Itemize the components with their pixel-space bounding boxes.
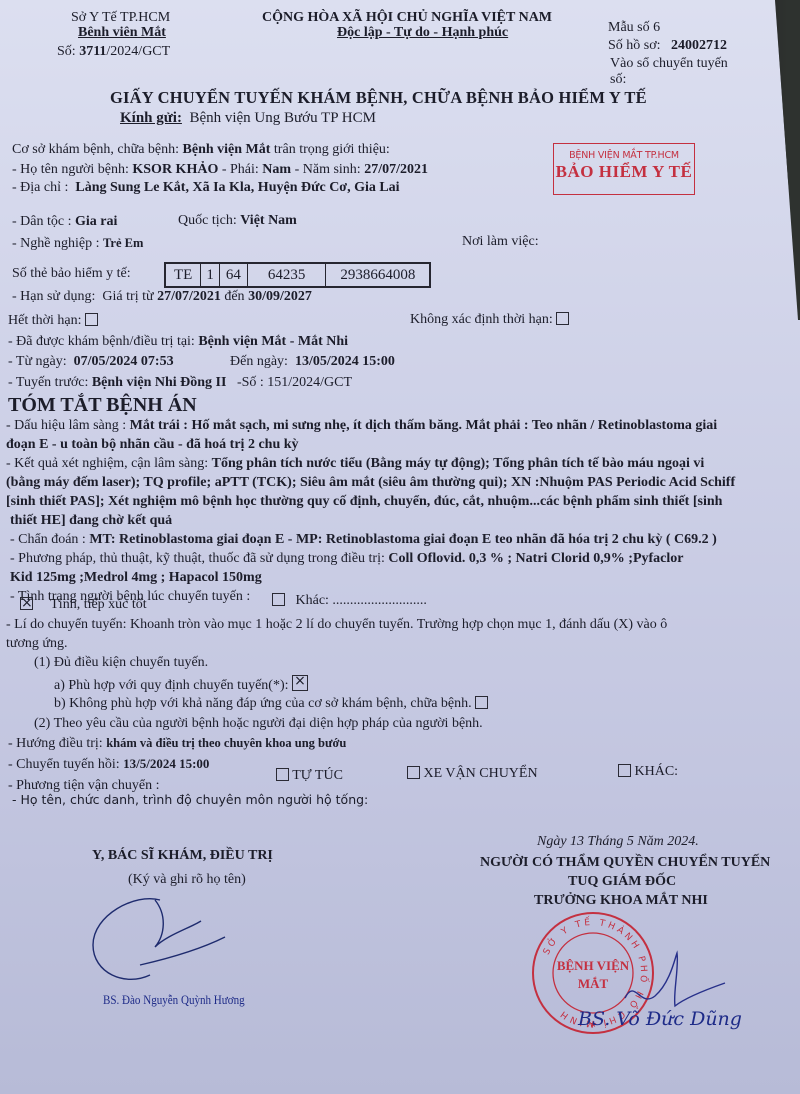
card-cell: 64 xyxy=(219,263,247,287)
transport-option-other: KHÁC: xyxy=(618,764,678,780)
treatment-methods: - Phương pháp, thủ thuật, kỹ thuật, thuố… xyxy=(10,551,684,567)
workplace-label: Nơi làm việc: xyxy=(462,234,539,250)
validity-line: - Hạn sử dụng: Giá trị từ 27/07/2021 đến… xyxy=(12,289,312,305)
authority-title: NGƯỜI CÓ THẨM QUYỀN CHUYỂN TUYẾN xyxy=(480,855,770,871)
escort-label: - Họ tên, chức danh, trình độ chuyên môn… xyxy=(12,792,368,807)
transfer-reason-label: - Lí do chuyển tuyến: Khoanh tròn vào mụ… xyxy=(6,617,667,633)
card-cell: 1 xyxy=(201,263,220,287)
treatment-methods-cont: Kid 125mg ;Medrol 4mg ; Hapacol 150mg xyxy=(10,570,262,586)
reason-option-1b: b) Không phù hợp với khả năng đáp ứng củ… xyxy=(54,696,488,712)
national-motto: Độc lập - Tự do - Hạnh phúc xyxy=(337,25,508,41)
doctor-signature xyxy=(85,895,235,990)
transport-other-checkbox[interactable] xyxy=(618,764,631,777)
document-number: Số: 3711/2024/GCT xyxy=(57,44,170,60)
authority-signature xyxy=(615,948,735,1010)
ethnicity-line: - Dân tộc : Gia rai xyxy=(12,214,117,230)
card-cell: 64235 xyxy=(247,263,326,287)
form-number: Mẫu số 6 xyxy=(608,20,660,36)
republic-heading: CỘNG HÒA XÃ HỘI CHỦ NGHĨA VIỆT NAM xyxy=(262,10,552,26)
clinical-signs: - Dấu hiệu lâm sàng : Mắt trái : Hố mắt … xyxy=(6,418,717,434)
insurance-card-label: Số thẻ bảo hiểm y tế: xyxy=(12,266,131,282)
card-cell: TE xyxy=(165,263,201,287)
occupation-line: - Nghề nghiệp : Trẻ Em xyxy=(12,236,143,252)
treated-at-line: - Đã được khám bệnh/điều trị tại: Bệnh v… xyxy=(8,334,348,350)
from-date-line: - Từ ngày: 07/05/2024 07:53 xyxy=(8,354,174,370)
transfer-time: - Chuyển tuyến hồi: 13/5/2024 15:00 xyxy=(8,756,209,773)
transport-option-self: TỰ TÚC xyxy=(276,768,343,784)
transport-vehicle-checkbox[interactable] xyxy=(407,766,420,779)
transport-self-checkbox[interactable] xyxy=(276,768,289,781)
doctor-title: Y, BÁC SĨ KHÁM, ĐIỀU TRỊ xyxy=(92,848,273,864)
status-option-other: Khác: ........................... xyxy=(272,593,427,609)
reason-1b-checkbox[interactable] xyxy=(475,696,488,709)
expired-checkbox[interactable] xyxy=(85,313,98,326)
recipient: Kính gửi: Bệnh viện Ung Bướu TP HCM xyxy=(120,110,376,127)
to-date-line: Đến ngày: 13/05/2024 15:00 xyxy=(230,354,395,370)
patient-address-line: - Địa chỉ : Làng Sung Le Kắt, Xã Ia Kla,… xyxy=(12,180,400,196)
transport-option-vehicle: XE VẬN CHUYỂN xyxy=(407,766,538,782)
insurance-stamp: BỆNH VIỆN MẮT TP.HCM BẢO HIỂM Y TẾ xyxy=(553,143,695,195)
test-results-cont-2: [sinh thiết PAS]; Xét nghiệm mô bệnh học… xyxy=(6,494,722,510)
indefinite-line: Không xác định thời hạn: xyxy=(410,312,569,328)
register-label: Vào sổ chuyển tuyến xyxy=(610,56,728,72)
register-number-label: số: xyxy=(610,72,626,88)
test-results: - Kết quả xét nghiệm, cận lâm sàng: Tổng… xyxy=(6,456,704,472)
clinical-signs-cont: đoạn E - u toàn bộ nhãn cầu - đã hoá trị… xyxy=(6,437,299,453)
authority-name: BS. Võ Đức Dũng xyxy=(578,1008,742,1030)
intro-line: Cơ sở khám bệnh, chữa bệnh: Bệnh viện Mắ… xyxy=(12,142,390,158)
status-option-stable: Tỉnh, tiếp xúc tốt xyxy=(20,597,147,613)
insurance-card-number: TE 1 64 64235 2938664008 xyxy=(164,262,431,288)
doctor-name: BS. Đào Nguyễn Quỳnh Hương xyxy=(103,992,245,1008)
health-department: Sở Y Tế TP.HCM xyxy=(71,10,170,26)
card-cell: 2938664008 xyxy=(326,263,431,287)
sign-date: Ngày 13 Tháng 5 Năm 2024. xyxy=(537,834,699,850)
expired-line: Hết thời hạn: xyxy=(8,313,98,329)
reason-option-1a: a) Phù hợp với quy định chuyển tuyến(*): xyxy=(54,675,308,694)
indefinite-checkbox[interactable] xyxy=(556,312,569,325)
reason-option-2: (2) Theo yêu cầu của người bệnh hoặc ngư… xyxy=(34,716,483,732)
test-results-cont-3: thiết HE] đang chờ kết quả xyxy=(10,513,172,529)
treatment-direction: - Hướng điều trị: khám và điều trị theo … xyxy=(8,736,346,752)
reason-1a-checkbox[interactable] xyxy=(292,675,308,691)
status-stable-checkbox[interactable] xyxy=(20,597,33,610)
document-title: GIẤY CHUYỂN TUYẾN KHÁM BỆNH, CHỮA BỆNH B… xyxy=(110,88,647,108)
stamp-center-2: MẮT xyxy=(578,976,609,991)
summary-heading: TÓM TẮT BỆNH ÁN xyxy=(8,394,197,417)
authority-line-3: TRƯỞNG KHOA MẮT NHI xyxy=(534,893,708,909)
authority-line-2: TUQ GIÁM ĐỐC xyxy=(568,874,676,890)
status-other-checkbox[interactable] xyxy=(272,593,285,606)
reason-option-1: (1) Đủ điều kiện chuyển tuyến. xyxy=(34,655,208,671)
previous-facility-line: - Tuyến trước: Bệnh viện Nhi Đồng II -Số… xyxy=(8,375,352,391)
facility-name: Bênh viên Mắt xyxy=(78,25,166,41)
transfer-reason-label-cont: tương ứng. xyxy=(6,636,67,652)
record-number: Số hồ sơ: 24002712 xyxy=(608,38,727,54)
nationality-line: Quốc tịch: Việt Nam xyxy=(178,213,297,229)
patient-name-line: - Họ tên người bệnh: KSOR KHẢO - Phái: N… xyxy=(12,162,428,178)
diagnosis: - Chẩn đoán : MT: Retinoblastoma giai đo… xyxy=(10,532,717,548)
test-results-cont-1: (bằng máy đếm laser); TQ profile; aPTT (… xyxy=(6,475,735,491)
doctor-sign-note: (Ký và ghi rõ họ tên) xyxy=(128,872,246,888)
